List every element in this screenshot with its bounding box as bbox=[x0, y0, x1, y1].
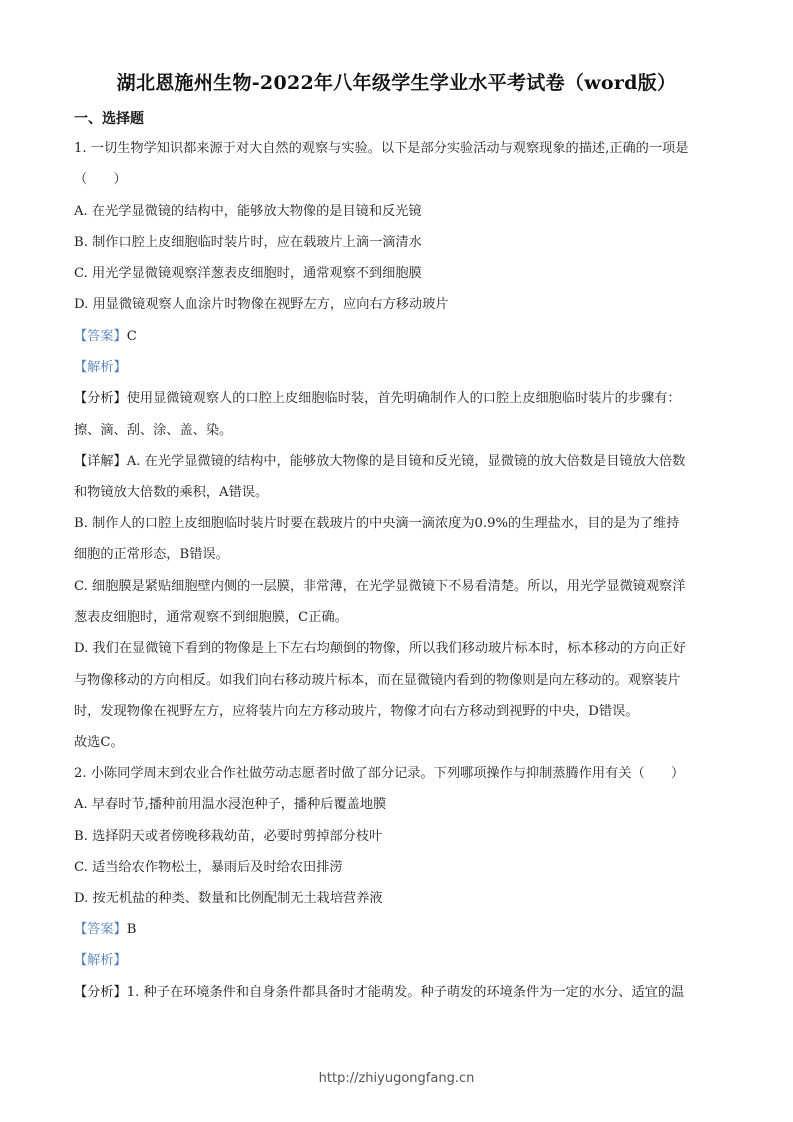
text-line-q2-jiexi: 【解析】 bbox=[74, 953, 127, 969]
text-line-q1-stem-2: （ ） bbox=[74, 172, 127, 188]
text-line-q1-answer: 【答案】C bbox=[74, 329, 137, 345]
text-line-q1-xiangjie-2: 和物镜放大倍数的乘积，A错误。 bbox=[74, 485, 268, 501]
text-line-q1-xiangjie-7: D. 我们在显微镜下看到的物像是上下左右均颠倒的物像，所以我们移动玻片标本时，标… bbox=[74, 641, 686, 657]
line-text: （ ） bbox=[74, 172, 127, 187]
line-text: C. 用光学显微镜观察洋葱表皮细胞时，通常观察不到细胞膜 bbox=[74, 266, 422, 281]
line-text: 和物镜放大倍数的乘积，A错误。 bbox=[74, 485, 268, 500]
text-line-q1-conclusion: 故选C。 bbox=[74, 735, 124, 751]
text-line-q2-stem: 2. 小陈同学周末到农业合作社做劳动志愿者时做了部分记录。下列哪项操作与抑制蒸腾… bbox=[74, 766, 684, 782]
line-text: 擦、滴、刮、涂、盖、染。 bbox=[74, 423, 232, 438]
footer-url[interactable]: http://zhiyugongfang.cn bbox=[0, 1071, 793, 1086]
line-text: D. 用显微镜观察人血涂片时物像在视野左方，应向右方移动玻片 bbox=[74, 297, 449, 312]
text-line-q2-opt-a: A. 早春时节,播种前用温水浸泡种子，播种后覆盖地膜 bbox=[74, 797, 386, 813]
text-line-q1-xiangjie-8: 与物像移动的方向相反。如我们向右移动玻片标本，而在显微镜内看到的物像则是向左移动… bbox=[74, 673, 681, 689]
text-line-q1-xiangjie-3: B. 制作人的口腔上皮细胞临时装片时要在载玻片的中央滴一滴浓度为0.9%的生理盐… bbox=[74, 516, 679, 532]
line-text: D. 我们在显微镜下看到的物像是上下左右均颠倒的物像，所以我们移动玻片标本时，标… bbox=[74, 641, 686, 656]
line-text: A. 在光学显微镜的结构中，能够放大物像的是目镜和反光镜，显微镜的放大倍数是目镜… bbox=[127, 454, 686, 469]
section-tag: 【答案】 bbox=[74, 922, 127, 937]
text-line-q1-opt-a: A. 在光学显微镜的结构中，能够放大物像的是目镜和反光镜 bbox=[74, 204, 422, 220]
section-tag: 【解析】 bbox=[74, 360, 127, 375]
section-tag: 【分析】 bbox=[74, 391, 127, 406]
line-text: 1. 一切生物学知识都来源于对大自然的观察与实验。以下是部分实验活动与观察现象的… bbox=[74, 141, 688, 156]
line-text: A. 早春时节,播种前用温水浸泡种子，播种后覆盖地膜 bbox=[74, 797, 386, 812]
text-line-q1-jiexi: 【解析】 bbox=[74, 360, 127, 376]
text-line-q1-xiangjie-1: 【详解】A. 在光学显微镜的结构中，能够放大物像的是目镜和反光镜，显微镜的放大倍… bbox=[74, 454, 685, 470]
text-line-q1-fenxi-1: 【分析】使用显微镜观察人的口腔上皮细胞临时装，首先明确制作人的口腔上皮细胞临时装… bbox=[74, 391, 681, 407]
line-text: 故选C。 bbox=[74, 735, 124, 750]
line-text: 时，发现物像在视野左方，应将装片向左方移动玻片，物像才向右方移动到视野的中央，D… bbox=[74, 704, 638, 719]
line-text: C. 细胞膜是紧贴细胞壁内侧的一层膜，非常薄，在光学显微镜下不易看清楚。所以，用… bbox=[74, 579, 685, 594]
text-line-q2-answer: 【答案】B bbox=[74, 922, 136, 938]
line-text: A. 在光学显微镜的结构中，能够放大物像的是目镜和反光镜 bbox=[74, 204, 422, 219]
section-tag: 【详解】 bbox=[74, 454, 127, 469]
line-text: B. 制作口腔上皮细胞临时装片时，应在载玻片上滴一滴清水 bbox=[74, 235, 422, 250]
text-line-q1-xiangjie-5: C. 细胞膜是紧贴细胞壁内侧的一层膜，非常薄，在光学显微镜下不易看清楚。所以，用… bbox=[74, 579, 685, 595]
text-line-q1-fenxi-2: 擦、滴、刮、涂、盖、染。 bbox=[74, 423, 232, 439]
document-page: 湖北恩施州生物-2022年八年级学生学业水平考试卷（word版） 一、选择题 1… bbox=[0, 0, 793, 1122]
section-tag: 【答案】 bbox=[74, 329, 127, 344]
line-text: B. 制作人的口腔上皮细胞临时装片时要在载玻片的中央滴一滴浓度为0.9%的生理盐… bbox=[74, 516, 679, 531]
line-text: B. 选择阴天或者傍晚移栽幼苗，必要时剪掉部分枝叶 bbox=[74, 829, 382, 844]
text-line-q2-opt-b: B. 选择阴天或者傍晚移栽幼苗，必要时剪掉部分枝叶 bbox=[74, 829, 382, 845]
line-text: 葱表皮细胞时，通常观察不到细胞膜，C正确。 bbox=[74, 610, 348, 625]
line-text: 2. 小陈同学周末到农业合作社做劳动志愿者时做了部分记录。下列哪项操作与抑制蒸腾… bbox=[74, 766, 684, 781]
line-text: 与物像移动的方向相反。如我们向右移动玻片标本，而在显微镜内看到的物像则是向左移动… bbox=[74, 673, 681, 688]
section-tag: 【分析】 bbox=[74, 985, 127, 1000]
text-line-q1-opt-b: B. 制作口腔上皮细胞临时装片时，应在载玻片上滴一滴清水 bbox=[74, 235, 422, 251]
line-text: C. 适当给农作物松土，暴雨后及时给农田排涝 bbox=[74, 860, 343, 875]
text-line-q1-opt-c: C. 用光学显微镜观察洋葱表皮细胞时，通常观察不到细胞膜 bbox=[74, 266, 422, 282]
text-line-q2-opt-c: C. 适当给农作物松土，暴雨后及时给农田排涝 bbox=[74, 860, 343, 876]
page-title: 湖北恩施州生物-2022年八年级学生学业水平考试卷（word版） bbox=[0, 68, 793, 95]
text-line-q1-xiangjie-4: 细胞的正常形态，B错误。 bbox=[74, 547, 229, 563]
line-text: 使用显微镜观察人的口腔上皮细胞临时装，首先明确制作人的口腔上皮细胞临时装片的步骤… bbox=[127, 391, 681, 406]
section-tag: 【解析】 bbox=[74, 953, 127, 968]
text-line-q1-stem-1: 1. 一切生物学知识都来源于对大自然的观察与实验。以下是部分实验活动与观察现象的… bbox=[74, 141, 688, 157]
line-text: 1. 种子在环境条件和自身条件都具备时才能萌发。种子萌发的环境条件为一定的水分、… bbox=[127, 985, 684, 1000]
line-text: C bbox=[127, 329, 137, 344]
text-line-q2-opt-d: D. 按无机盐的种类、数量和比例配制无土栽培营养液 bbox=[74, 891, 383, 907]
line-text: B bbox=[127, 922, 137, 937]
line-text: 细胞的正常形态，B错误。 bbox=[74, 547, 229, 562]
text-line-q1-xiangjie-9: 时，发现物像在视野左方，应将装片向左方移动玻片，物像才向右方移动到视野的中央，D… bbox=[74, 704, 638, 720]
text-line-q1-opt-d: D. 用显微镜观察人血涂片时物像在视野左方，应向右方移动玻片 bbox=[74, 297, 449, 313]
text-line-q1-xiangjie-6: 葱表皮细胞时，通常观察不到细胞膜，C正确。 bbox=[74, 610, 348, 626]
line-text: D. 按无机盐的种类、数量和比例配制无土栽培营养液 bbox=[74, 891, 383, 906]
text-line-q2-fenxi-1: 【分析】1. 种子在环境条件和自身条件都具备时才能萌发。种子萌发的环境条件为一定… bbox=[74, 985, 684, 1001]
section-heading: 一、选择题 bbox=[74, 108, 144, 128]
